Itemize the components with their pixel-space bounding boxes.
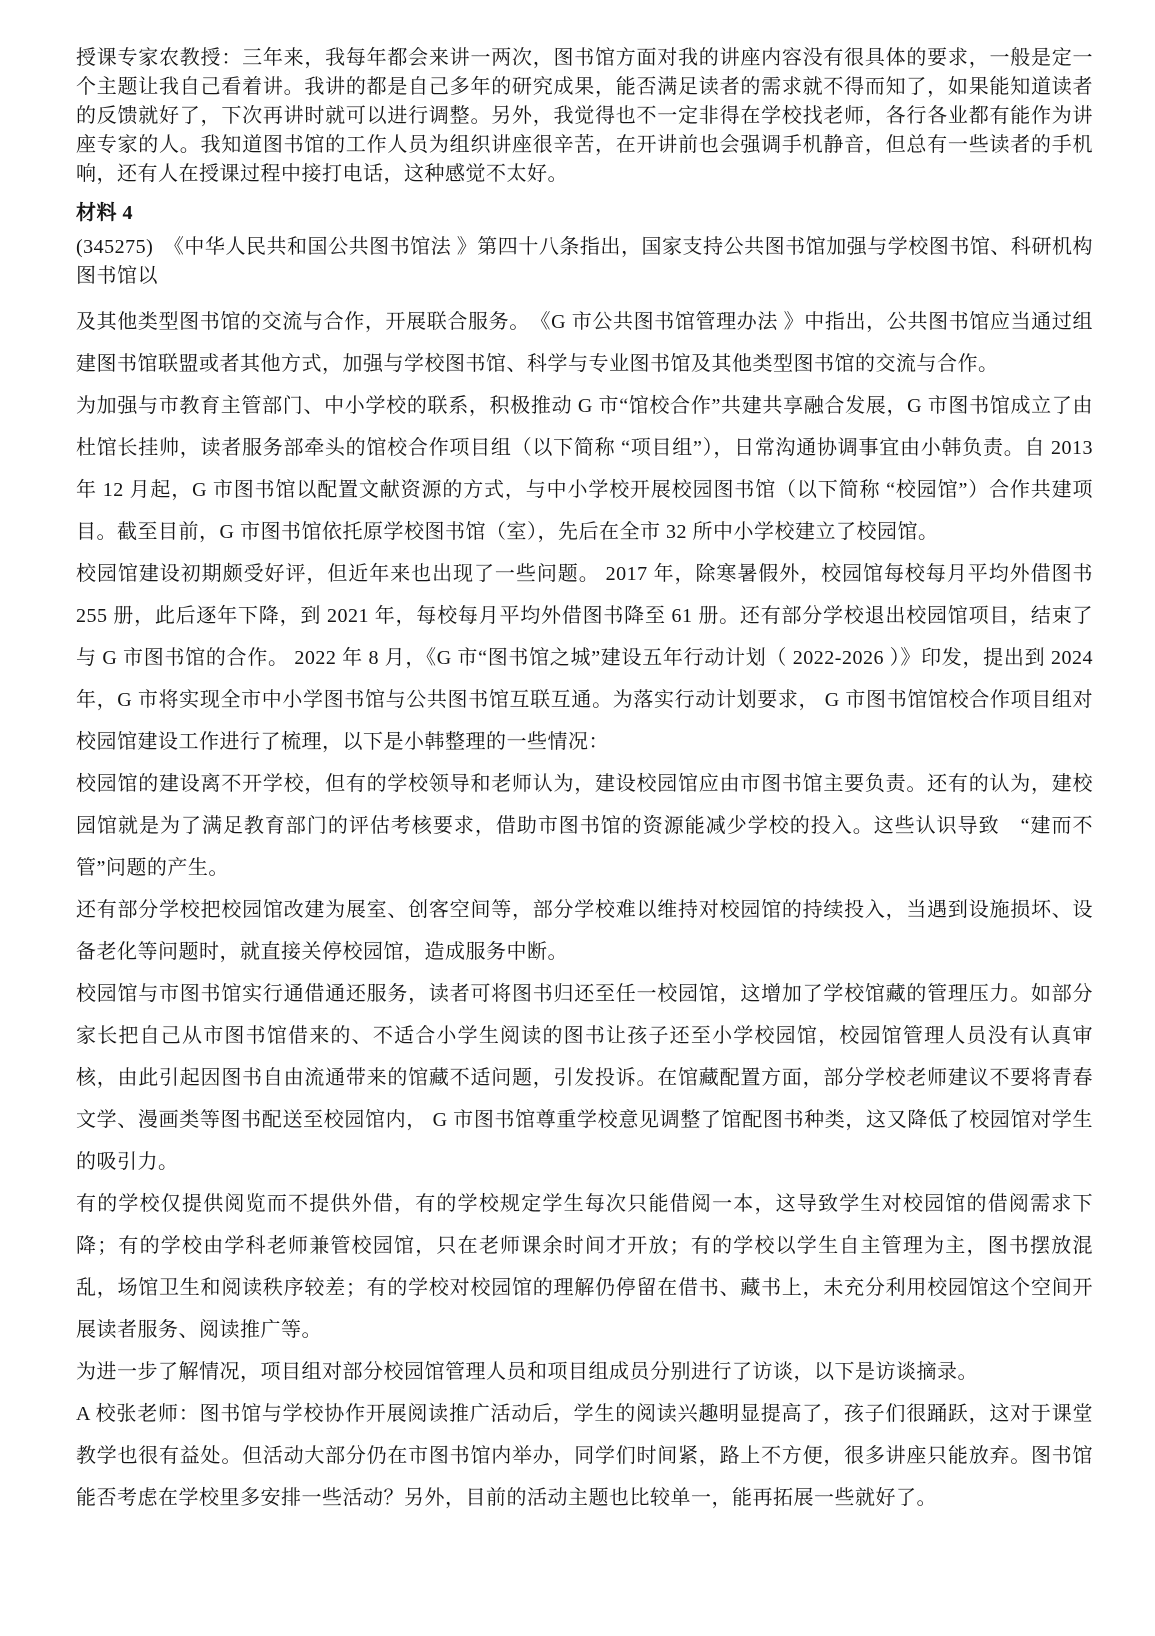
material-paragraph-school-practices: 有的学校仅提供阅览而不提供外借，有的学校规定学生每次只能借阅一本，这导致学生对校… — [76, 1183, 1093, 1351]
material-paragraph-build-not-manage: 校园馆的建设离不开学校，但有的学校领导和老师认为，建设校园馆应由市图书馆主要负责… — [76, 763, 1093, 889]
material-paragraph-cooperation-policy: 及其他类型图书馆的交流与合作，开展联合服务。 《G 市公共图书馆管理办法 》中指… — [76, 301, 1093, 385]
material-paragraph-interview-intro: 为进一步了解情况，项目组对部分校园馆管理人员和项目组成员分别进行了访谈，以下是访… — [76, 1351, 1093, 1393]
material-paragraph-service-interruption: 还有部分学校把校园馆改建为展室、创客空间等，部分学校难以维持对校园馆的持续投入，… — [76, 889, 1093, 973]
material-paragraph-statistics: 校园馆建设初期颇受好评，但近年来也出现了一些问题。 2017 年，除寒暑假外，校… — [76, 553, 1093, 763]
law-clause-lead-paragraph: (345275) 《中华人民共和国公共图书馆法 》第四十八条指出，国家支持公共图… — [76, 233, 1093, 291]
material-paragraph-teacher-zhang-interview: A 校张老师：图书馆与学校协作开展阅读推广活动后，学生的阅读兴趣明显提高了，孩子… — [76, 1393, 1093, 1519]
document-page: 授课专家农教授：三年来，我每年都会来讲一两次，图书馆方面对我的讲座内容没有很具体… — [0, 0, 1155, 1636]
expert-interview-paragraph: 授课专家农教授：三年来，我每年都会来讲一两次，图书馆方面对我的讲座内容没有很具体… — [76, 44, 1093, 189]
material-paragraph-collection-management: 校园馆与市图书馆实行通借通还服务，读者可将图书归还至任一校园馆，这增加了学校馆藏… — [76, 973, 1093, 1183]
material-4-heading: 材料 4 — [76, 198, 1093, 228]
material-4-body: 及其他类型图书馆的交流与合作，开展联合服务。 《G 市公共图书馆管理办法 》中指… — [76, 301, 1093, 1519]
material-paragraph-project-group: 为加强与市教育主管部门、中小学校的联系，积极推动 G 市“馆校合作”共建共享融合… — [76, 385, 1093, 553]
